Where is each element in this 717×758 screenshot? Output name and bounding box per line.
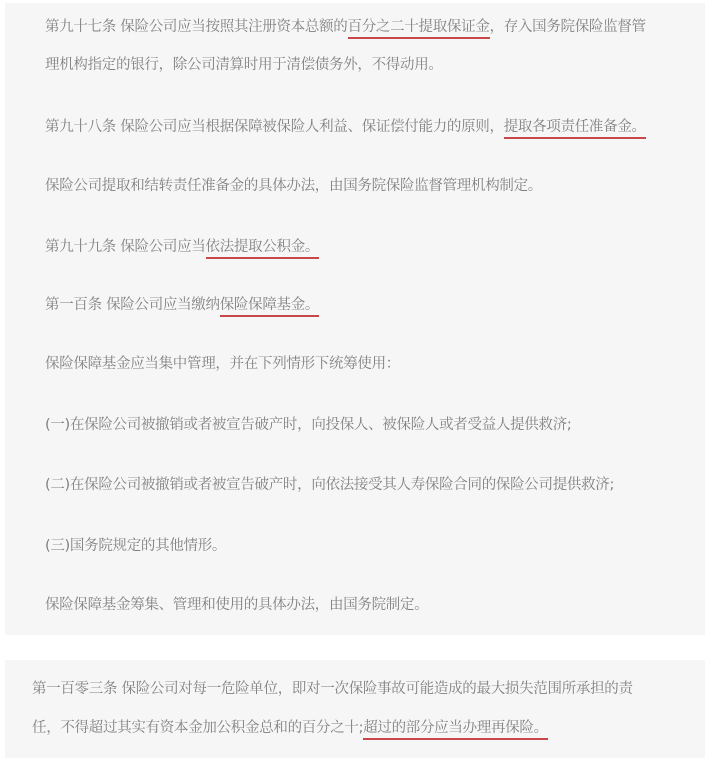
article-98: 第九十八条 保险公司应当根据保障被保险人利益、保证偿付能力的原则，提取各项责任准… (45, 117, 646, 137)
article-100: 第一百条 保险公司应当缴纳保险保障基金。 (45, 295, 319, 315)
reserve-rules: 保险公司提取和结转责任准备金的具体办法，由国务院保险监督管理机构制定。 (45, 176, 542, 196)
case-3: (三)国务院规定的其他情形。 (45, 536, 226, 556)
highlight-public-reserve: 依法提取公积金。 (206, 239, 320, 259)
fund-rules: 保险保障基金筹集、管理和使用的具体办法，由国务院制定。 (45, 595, 428, 615)
article-103-line-1: 第一百零三条 保险公司对每一危险单位，即对一次保险事故可能造成的最大损失范围所承… (32, 679, 633, 699)
fund-management: 保险保障基金应当集中管理，并在下列情形下统筹使用： (45, 354, 400, 374)
highlight-guarantee-deposit: 百分之二十提取保证金 (348, 19, 490, 39)
article-103-line-2: 任，不得超过其实有资本金加公积金总和的百分之十;超过的部分应当办理再保险。 (32, 718, 548, 738)
case-1: (一)在保险公司被撤销或者被宣告破产时，向投保人、被保险人或者受益人提供救济; (45, 415, 572, 435)
quote-panel-article-103: 第一百零三条 保险公司对每一危险单位，即对一次保险事故可能造成的最大损失范围所承… (5, 660, 705, 758)
highlight-protection-fund: 保险保障基金。 (220, 297, 319, 317)
highlight-liability-reserve: 提取各项责任准备金。 (504, 119, 646, 139)
case-2: (二)在保险公司被撤销或者被宣告破产时，向依法接受其人寿保险合同的保险公司提供救… (45, 475, 614, 495)
article-97-line-1: 第九十七条 保险公司应当按照其注册资本总额的百分之二十提取保证金，存入国务院保险… (45, 17, 646, 37)
quote-panel-articles-97-100: 第九十七条 保险公司应当按照其注册资本总额的百分之二十提取保证金，存入国务院保险… (5, 3, 705, 635)
article-99: 第九十九条 保险公司应当依法提取公积金。 (45, 237, 319, 257)
article-97-line-2: 理机构指定的银行，除公司清算时用于清偿债务外，不得动用。 (45, 55, 443, 75)
highlight-reinsurance: 超过的部分应当办理再保险。 (363, 720, 548, 740)
